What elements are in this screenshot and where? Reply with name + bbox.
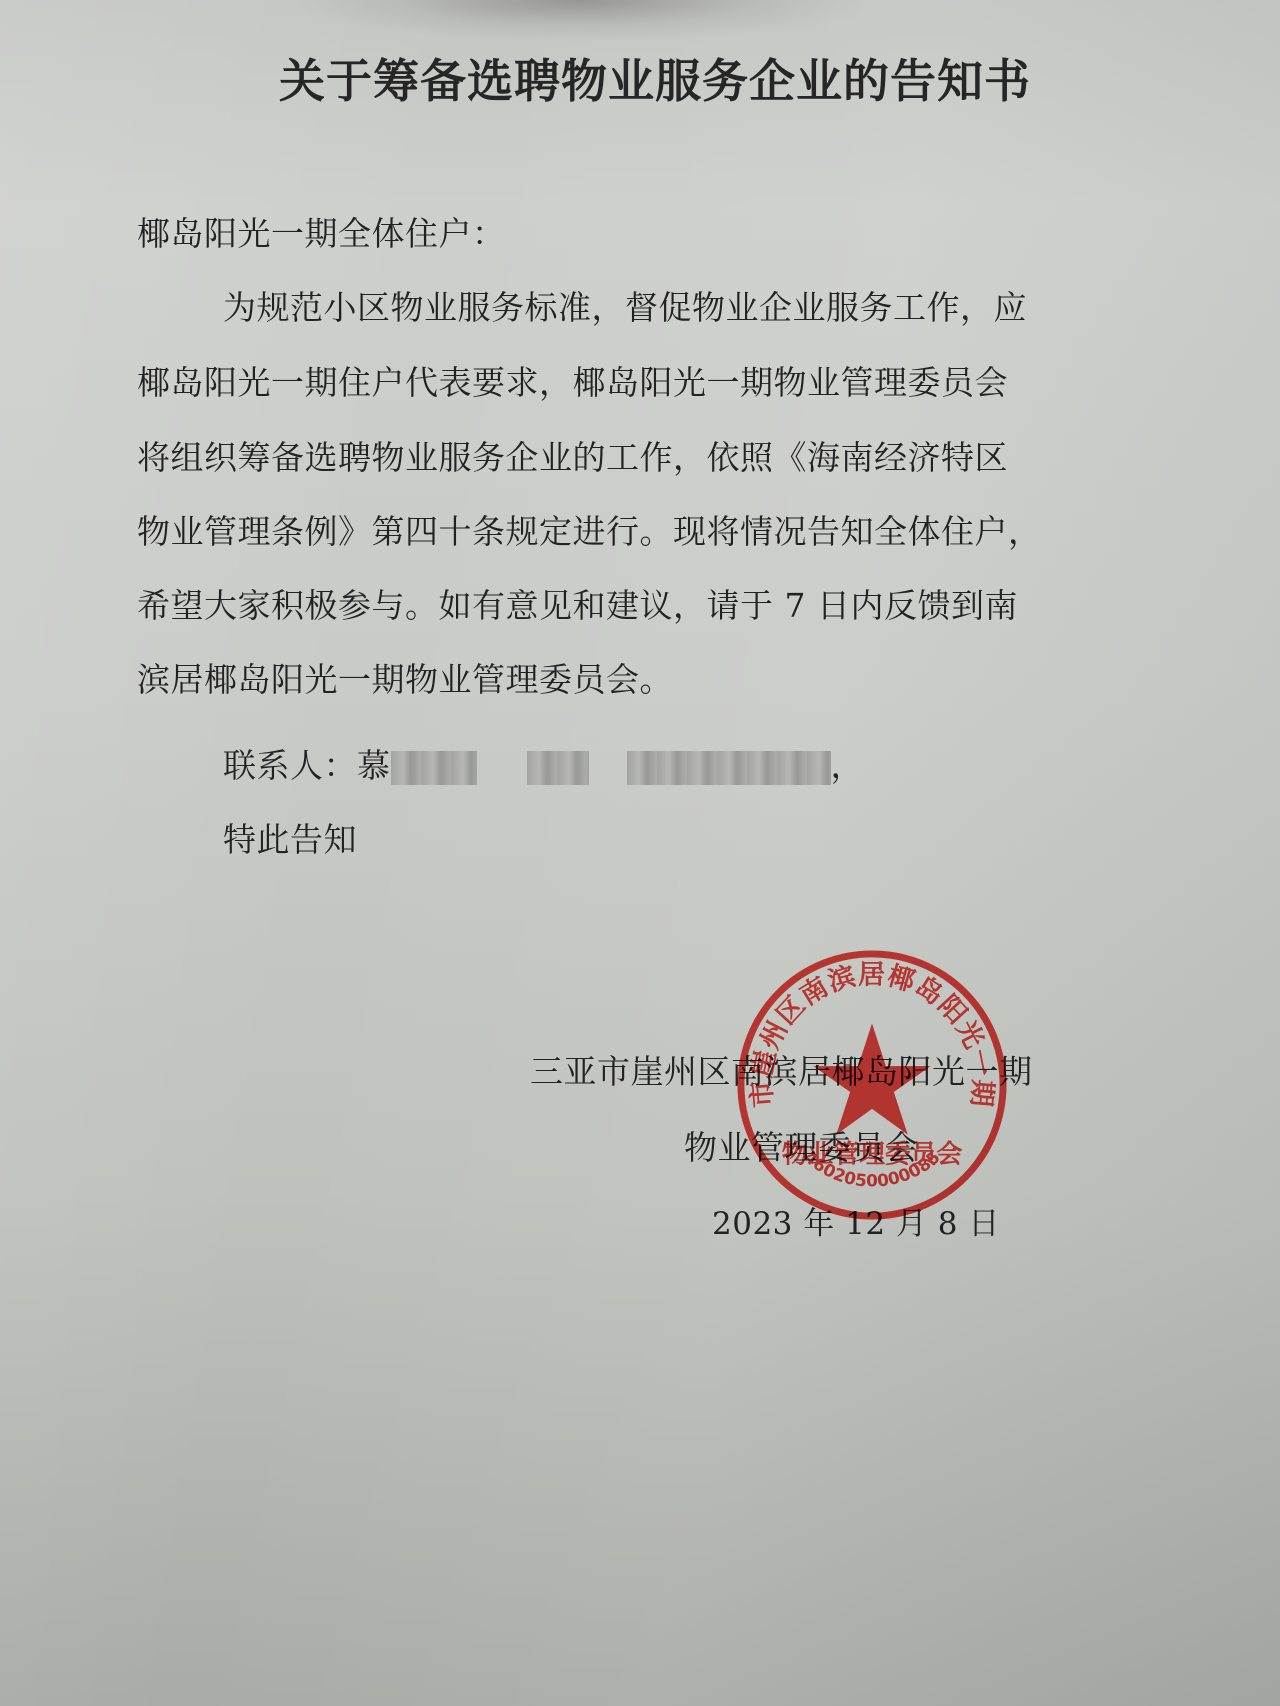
- contact-suffix: ，: [831, 746, 865, 785]
- redacted-phone-label: [527, 751, 589, 785]
- body-line-3: 将组织筹备选聘物业服务企业的工作，依照《海南经济特区: [137, 432, 1008, 479]
- paper-sheen: [0, 0, 1280, 1706]
- contact-label: 联系人：: [223, 746, 357, 785]
- signature-committee: 物业管理委员会: [684, 1122, 919, 1169]
- document-title: 关于筹备选聘物业服务企业的告知书: [0, 45, 1280, 111]
- signature-organization: 三亚市崖州区南滨居椰岛阳光一期: [530, 1046, 1033, 1093]
- salutation: 椰岛阳光一期全体住户：: [137, 208, 506, 255]
- contact-line: 联系人：慕，: [223, 740, 864, 787]
- redacted-phone-number: [627, 751, 831, 785]
- closing: 特此告知: [223, 814, 357, 861]
- redacted-name: [391, 751, 477, 785]
- body-line-6: 滨居椰岛阳光一期物业管理委员会。: [137, 654, 673, 701]
- signature-date: 2023 年 12 月 8 日: [712, 1198, 1000, 1243]
- body-line-1: 为规范小区物业服务标准，督促物业企业服务工作，应: [223, 282, 1027, 329]
- body-line-4: 物业管理条例》第四十条规定进行。现将情况告知全体住户，: [137, 506, 1042, 553]
- top-shadow: [300, 0, 860, 40]
- body-line-5: 希望大家积极参与。如有意见和建议，请于 7 日内反馈到南: [137, 580, 1018, 627]
- contact-name: 慕: [357, 746, 391, 785]
- body-line-2: 椰岛阳光一期住户代表要求，椰岛阳光一期物业管理委员会: [137, 357, 1008, 404]
